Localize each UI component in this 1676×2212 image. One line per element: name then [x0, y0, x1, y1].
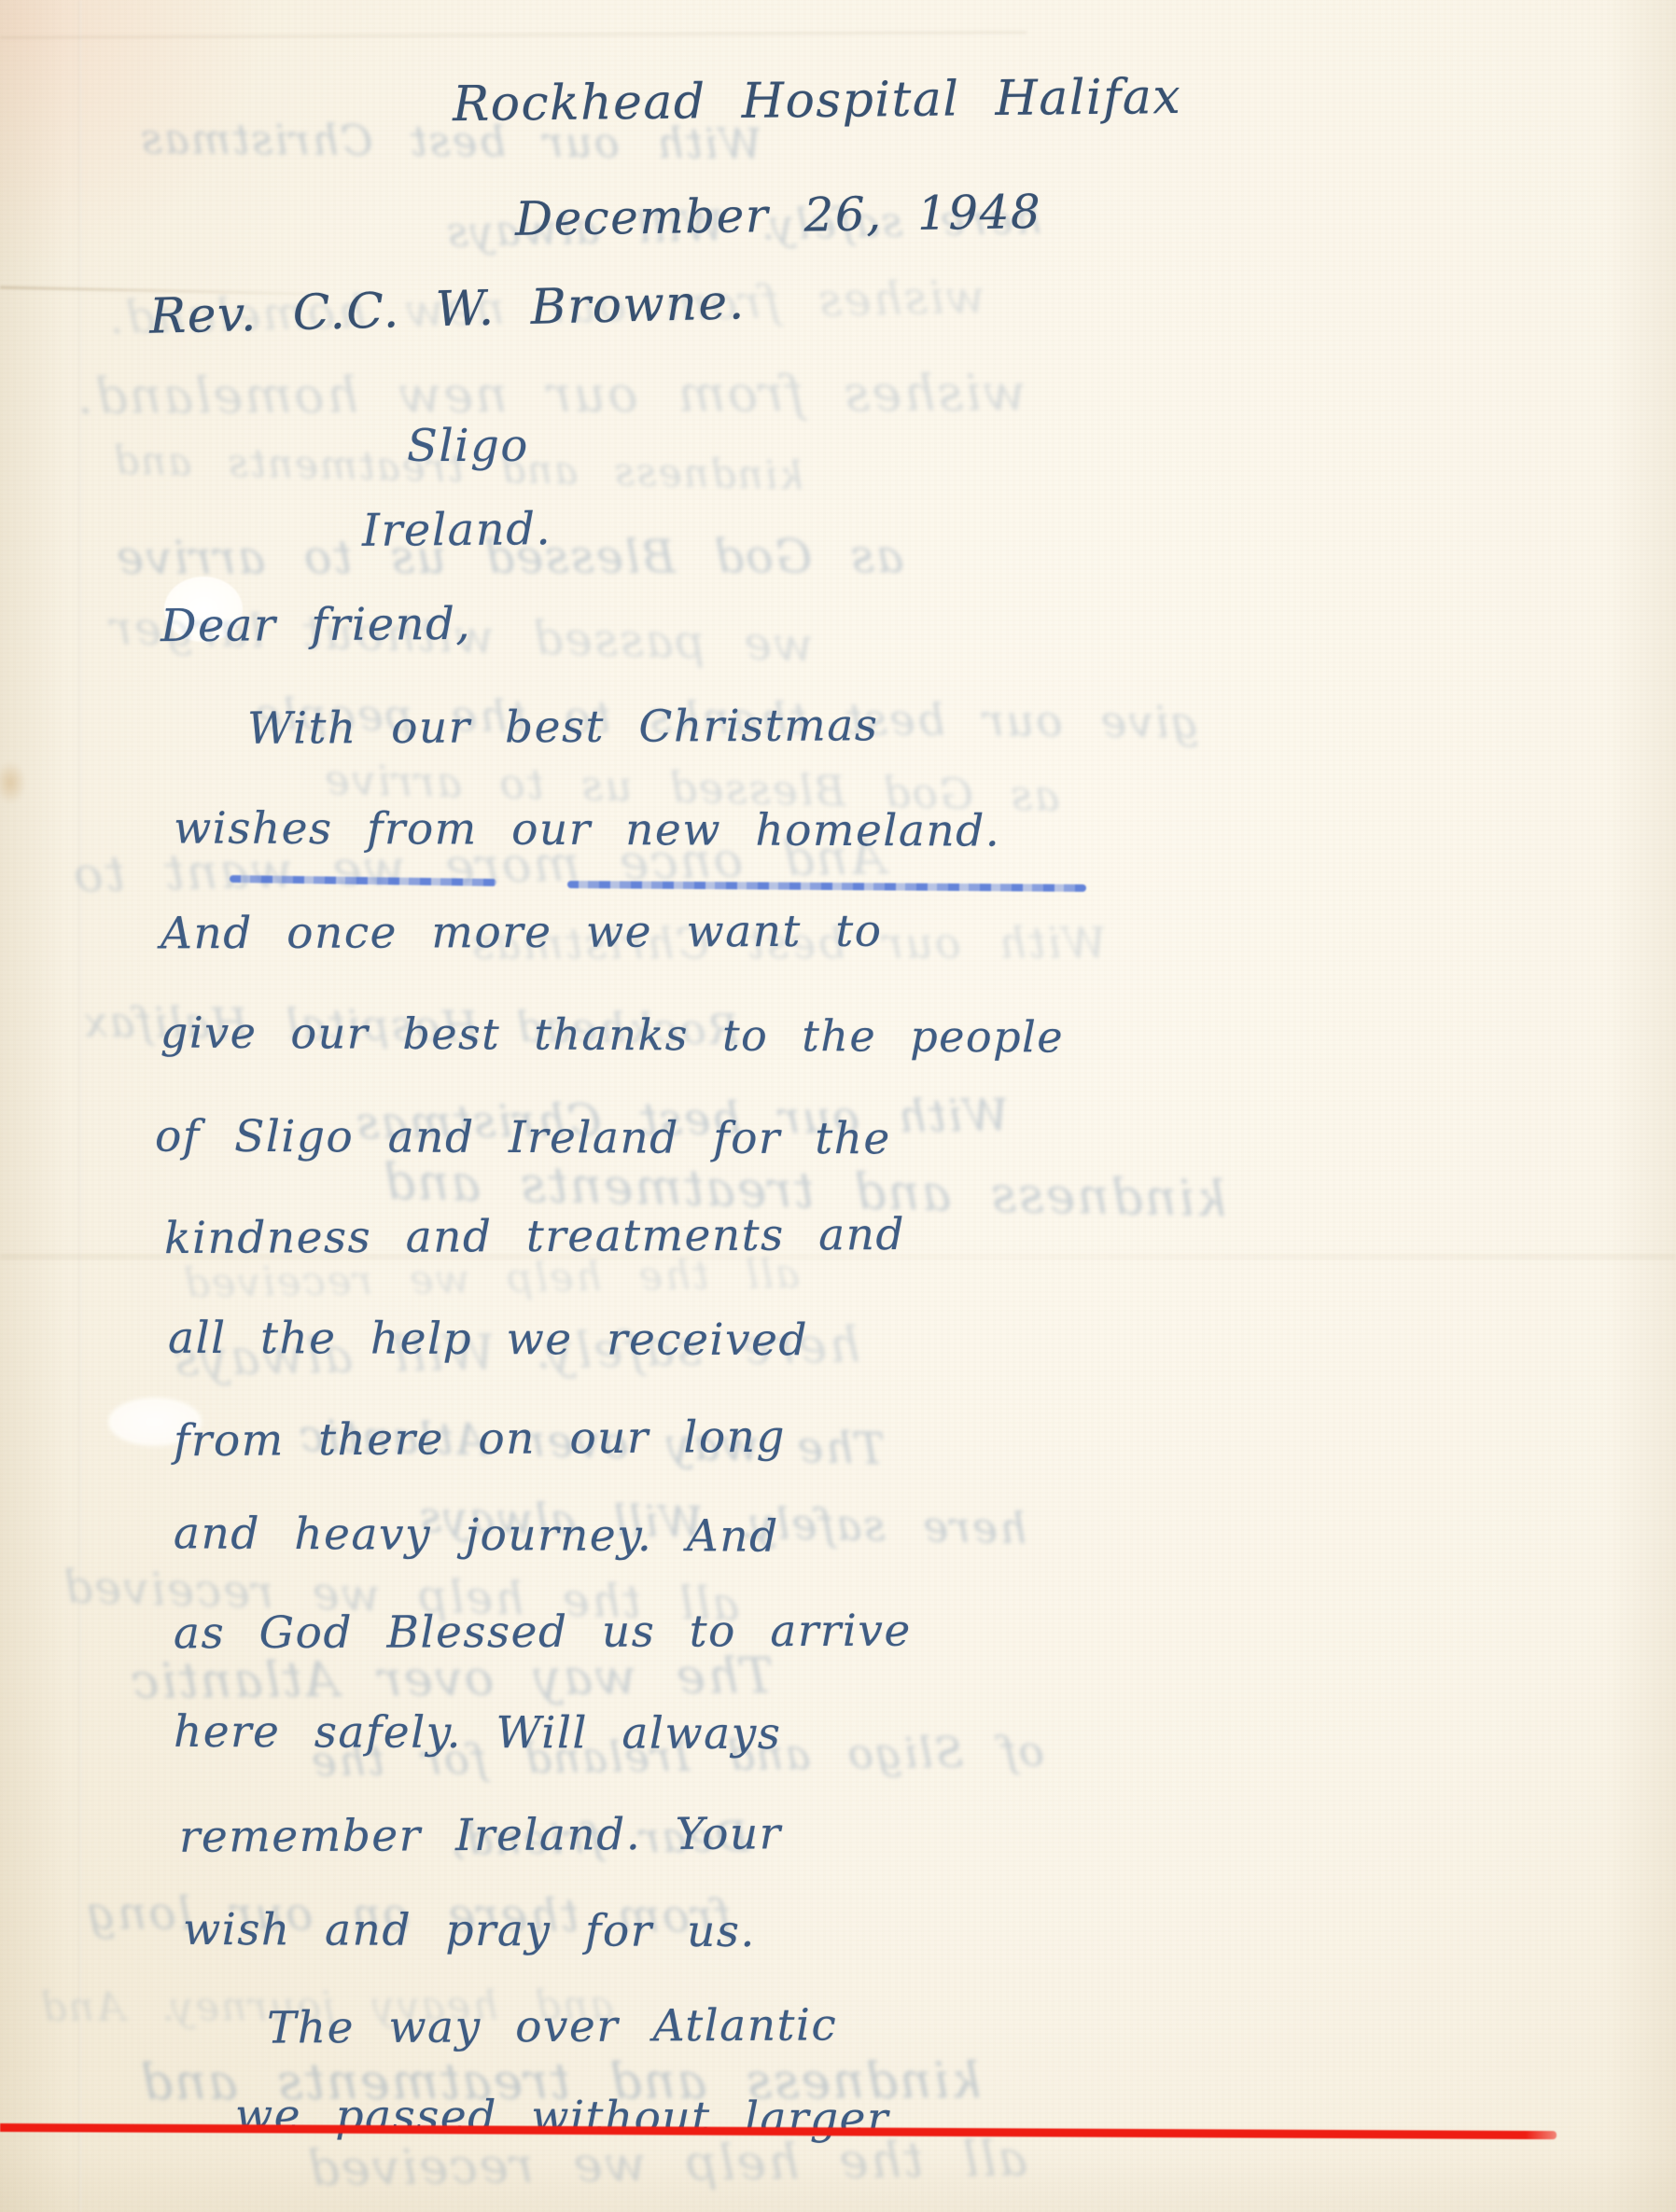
letter-line: we passed without larger [235, 2090, 889, 2145]
letter-line: of Sligo and Ireland for the [155, 1111, 891, 1165]
letterhead-location: Rockhead Hospital Halifax [453, 69, 1182, 132]
recipient-name: Rev. C.C. W. Browne. [148, 274, 746, 345]
letter-line: all the help we received [168, 1313, 808, 1366]
letter-line: The way over Atlantic [267, 1999, 838, 2053]
letter-line: give our best thanks to the people [161, 1007, 1064, 1062]
letterhead-date: December 26, 1948 [515, 185, 1042, 246]
letter-line: as God Blessed us to arrive [174, 1606, 912, 1660]
letter-line: from there on our long [174, 1412, 786, 1468]
letter-page: With our best Christmashere safely. Will… [0, 0, 1676, 2212]
letter-line: kindness and treatments and [164, 1209, 905, 1264]
letter-line: here safely. Will always [174, 1706, 782, 1760]
letter-line: wish and pray for us. [183, 1904, 756, 1957]
salutation: Dear friend, [161, 598, 471, 652]
recipient-country: Ireland. [362, 503, 552, 557]
letter-line: remember Ireland. Your [179, 1808, 782, 1862]
recipient-town: Sligo [407, 420, 529, 472]
letter-line: And once more we want to [161, 906, 883, 960]
letter-line: and heavy journey. And [174, 1508, 779, 1562]
letter-line: With our best Christmas [247, 700, 879, 755]
handwriting-layer: Rockhead Hospital Halifax December 26, 1… [0, 0, 1676, 2212]
letter-line underlined-phrase: wishes from our new homeland. [174, 802, 1000, 856]
